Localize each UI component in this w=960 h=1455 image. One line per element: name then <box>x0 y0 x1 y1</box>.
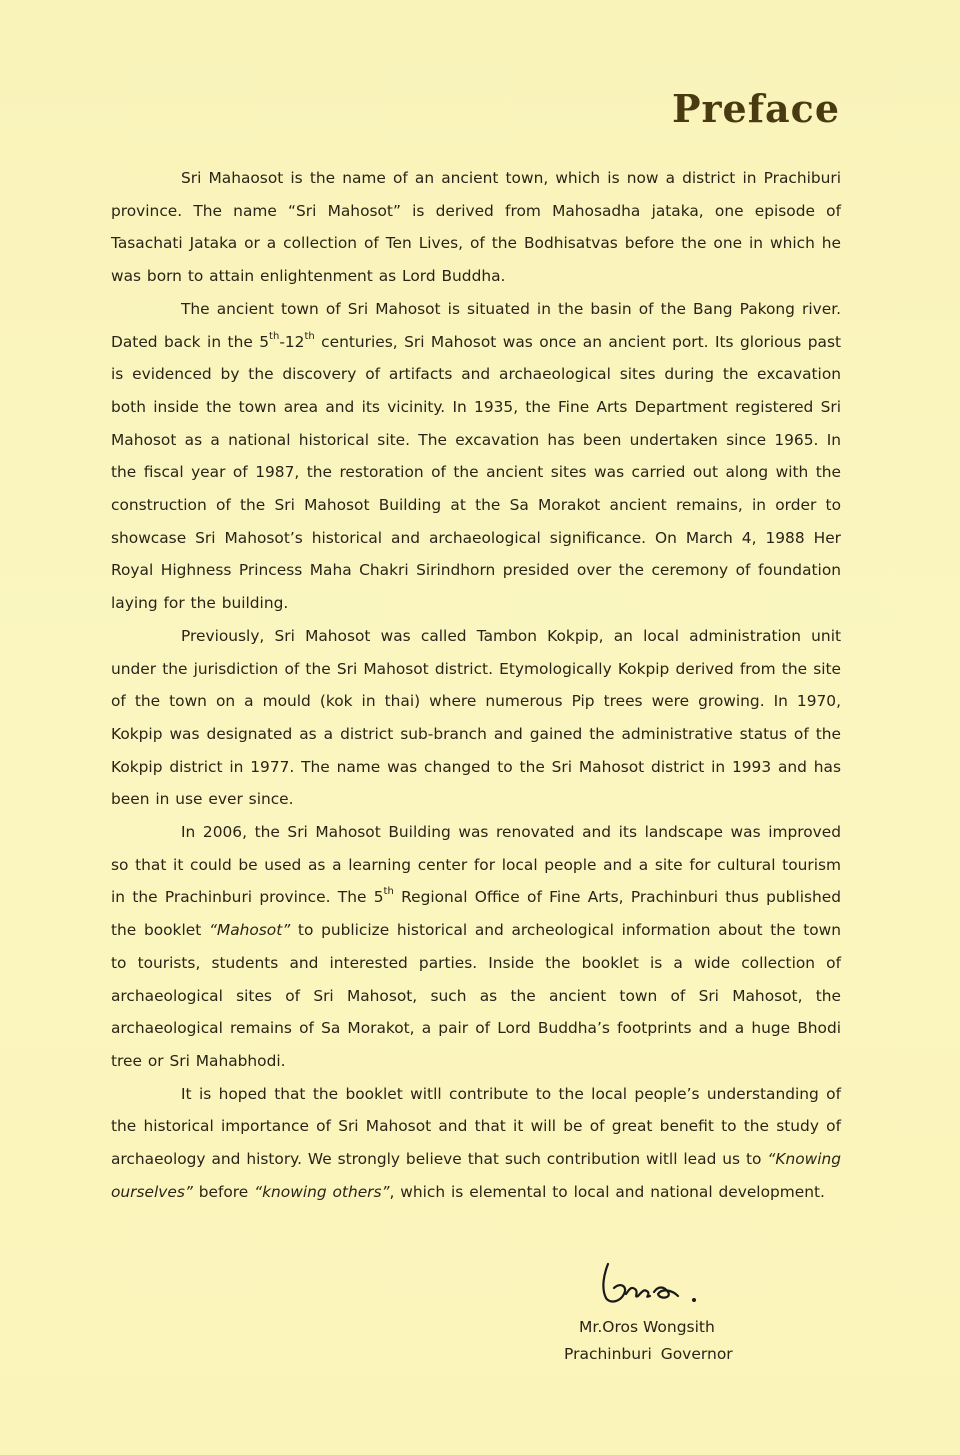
paragraph-2-text: centuries, Sri Mahosot was once an ancie… <box>111 333 841 613</box>
document-page: Preface Sri Mahaosot is the name of an a… <box>0 0 960 1455</box>
ordinal-suffix: th <box>304 331 314 342</box>
paragraph-5-text: It is hoped that the booklet witll contr… <box>111 1085 841 1168</box>
paragraph-3: Previously, Sri Mahosot was called Tambo… <box>111 620 841 816</box>
booklet-title: “Mahosot” <box>209 921 290 939</box>
paragraph-5-text: , which is elemental to local and nation… <box>390 1183 825 1201</box>
paragraph-4: In 2006, the Sri Mahosot Building was re… <box>111 816 841 1078</box>
ordinal-suffix: th <box>269 331 279 342</box>
paragraph-2: The ancient town of Sri Mahosot is situa… <box>111 293 841 620</box>
signatory-position: Prachinburi Governor <box>564 1345 733 1363</box>
paragraph-1: Sri Mahaosot is the name of an ancient t… <box>111 162 841 293</box>
page-title: Preface <box>672 86 840 131</box>
paragraph-5-text: before <box>193 1183 254 1201</box>
preface-body: Sri Mahaosot is the name of an ancient t… <box>111 162 841 1209</box>
signature-icon <box>598 1258 708 1308</box>
paragraph-5: It is hoped that the booklet witll contr… <box>111 1078 841 1209</box>
paragraph-2-text: -12 <box>279 333 304 351</box>
italic-phrase: “knowing others” <box>254 1183 389 1201</box>
paragraph-4-text: to publicize historical and archeologica… <box>111 921 841 1070</box>
ordinal-suffix: th <box>384 886 394 897</box>
signatory-name: Mr.Oros Wongsith <box>579 1318 715 1336</box>
